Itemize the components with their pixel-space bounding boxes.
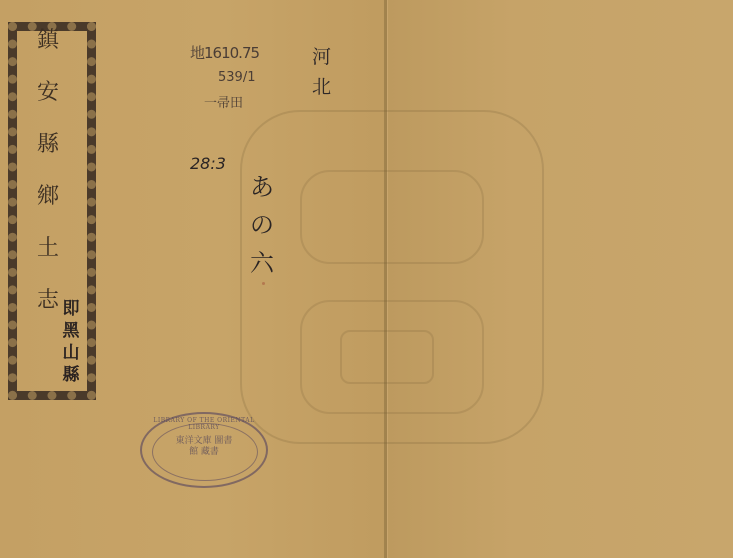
library-stamp-ring-text: LIBRARY OF THE ORIENTAL LIBRARY [142,417,266,431]
kana-char: 六 [250,244,274,282]
title-char: 鄉 [37,186,59,238]
title-char: 土 [37,238,59,290]
library-stamp: LIBRARY OF THE ORIENTAL LIBRARY 東洋文庫 圖書館… [140,412,268,488]
province-annotation: 河 北 [312,42,331,102]
subtitle-char: 黑 [63,320,80,342]
call-number-line-1: 地1610.75 [190,42,259,63]
subtitle-char: 即 [63,298,80,320]
kana-char: の [250,206,274,244]
red-ink-speck [262,282,265,285]
subtitle-char: 縣 [63,364,80,386]
title-char: 安 [37,82,59,134]
province-char: 河 [312,42,331,72]
kana-annotation: あ の 六 [250,168,274,282]
library-stamp-center-text: 東洋文庫 圖書館 藏書 [172,436,236,458]
title-char: 鎮 [37,30,59,82]
province-char: 北 [312,72,331,102]
handwritten-number: 28:3 [190,154,226,173]
watermark-upper-loop [300,170,484,264]
cover-subtitle-handwritten: 即 黑 山 縣 [60,298,82,386]
subtitle-char: 山 [63,342,80,364]
cover-title: 鎮 安 縣 鄉 土 志 [28,30,68,342]
kana-char: あ [250,168,274,206]
call-number-line-3: 一帚田 [204,92,243,111]
scanned-book-cover: 鎮 安 縣 鄉 土 志 即 黑 山 縣 地1610.75 539/1 一帚田 河… [0,0,733,558]
title-char: 志 [37,290,59,342]
watermark-inner-box [340,330,434,384]
title-char: 縣 [37,134,59,186]
call-number-line-2: 539/1 [218,70,255,85]
